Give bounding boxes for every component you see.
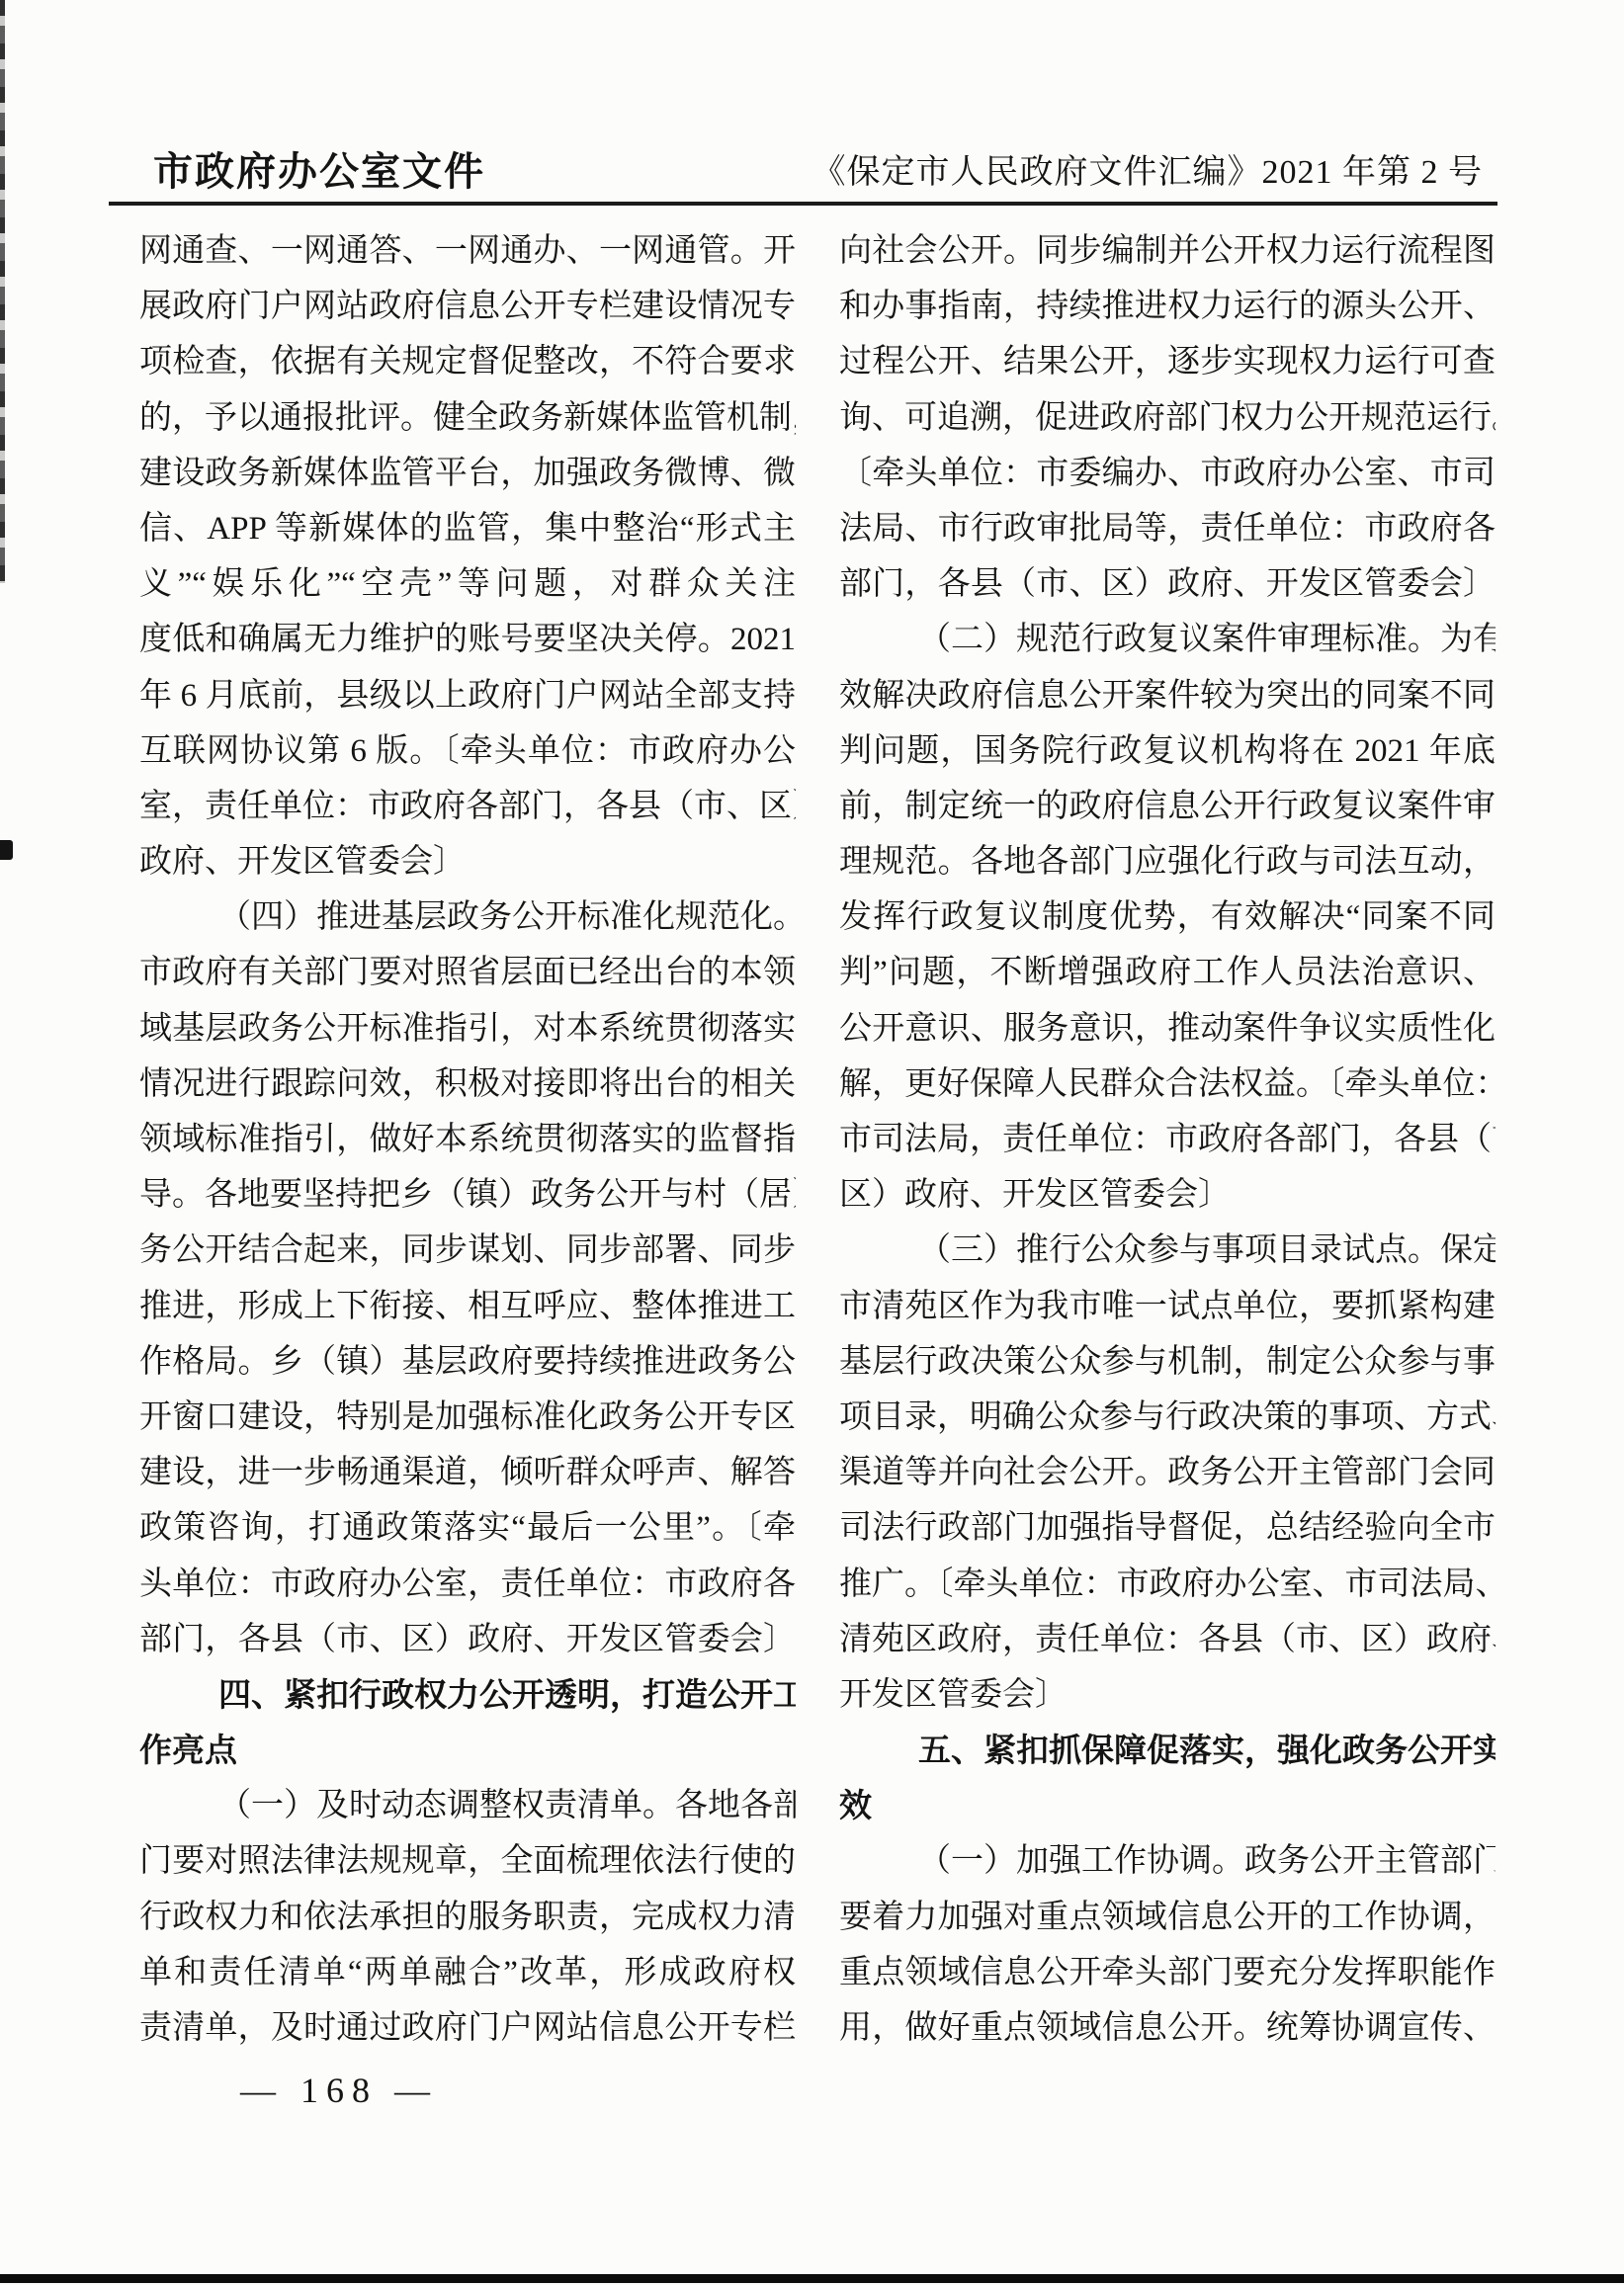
heading-line: 效 [839, 1778, 1496, 1833]
text-line: 市司法局，责任单位：市政府各部门，各县（市、 [839, 1112, 1496, 1167]
text-line: 的，予以通报批评。健全政务新媒体监管机制， [139, 390, 796, 446]
text-line: 市清苑区作为我市唯一试点单位，要抓紧构建 [839, 1279, 1496, 1334]
text-line: 部门，各县（市、区）政府、开发区管委会〕 [839, 556, 1496, 612]
text-line: 和办事指南，持续推进权力运行的源头公开、 [839, 279, 1496, 334]
heading-line: 作亮点 [139, 1723, 796, 1778]
text-line: 〔牵头单位：市委编办、市政府办公室、市司 [839, 446, 1496, 501]
text-line: 头单位：市政府办公室，责任单位：市政府各 [139, 1557, 796, 1612]
text-line: 信、APP 等新媒体的监管，集中整治“形式主 [139, 501, 796, 556]
text-line: 年 6 月底前，县级以上政府门户网站全部支持 [139, 668, 796, 723]
text-line: 互联网协议第 6 版。〔牵头单位：市政府办公 [139, 723, 796, 779]
text-line: （一）加强工作协调。政务公开主管部门 [839, 1833, 1496, 1889]
text-line: 渠道等并向社会公开。政务公开主管部门会同 [839, 1445, 1496, 1500]
text-line: 域基层政务公开标准指引，对本系统贯彻落实 [139, 1001, 796, 1057]
text-line: 向社会公开。同步编制并公开权力运行流程图 [839, 223, 1496, 279]
text-line: 判”问题，不断增强政府工作人员法治意识、 [839, 945, 1496, 1000]
text-line: 政策咨询，打通政策落实“最后一公里”。〔牵 [139, 1500, 796, 1556]
text-line: 要着力加强对重点领域信息公开的工作协调， [839, 1890, 1496, 1945]
text-line: 导。各地要坚持把乡（镇）政务公开与村（居） [139, 1167, 796, 1223]
text-line: 基层行政决策公众参与机制，制定公众参与事 [839, 1334, 1496, 1390]
text-line: （一）及时动态调整权责清单。各地各部 [139, 1778, 796, 1833]
text-line: 建设，进一步畅通渠道，倾听群众呼声、解答 [139, 1445, 796, 1500]
page-number: — 168 — [240, 2070, 438, 2111]
text-line: （三）推行公众参与事项目录试点。保定 [839, 1223, 1496, 1278]
scan-artifact-bottom-edge [0, 2274, 1624, 2283]
text-line: 清苑区政府，责任单位：各县（市、区）政府、 [839, 1612, 1496, 1667]
text-line: 前，制定统一的政府信息公开行政复议案件审 [839, 779, 1496, 834]
text-line: 项检查，依据有关规定督促整改，不符合要求 [139, 334, 796, 389]
text-line: 理规范。各地各部门应强化行政与司法互动， [839, 834, 1496, 889]
text-line: 单和责任清单“两单融合”改革，形成政府权 [139, 1945, 796, 2000]
header-doc-category: 市政府办公室文件 [153, 148, 485, 196]
text-line: 发挥行政复议制度优势，有效解决“同案不同 [839, 889, 1496, 945]
text-line: 开窗口建设，特别是加强标准化政务公开专区 [139, 1390, 796, 1445]
header-rule [109, 202, 1497, 206]
text-line: 情况进行跟踪问效，积极对接即将出台的相关 [139, 1057, 796, 1112]
text-line: 室，责任单位：市政府各部门，各县（市、区） [139, 779, 796, 834]
text-line: 效解决政府信息公开案件较为突出的同案不同 [839, 668, 1496, 723]
document-page: 市政府办公室文件 《保定市人民政府文件汇编》2021 年第 2 号 网通查、一网… [0, 0, 1624, 2285]
text-line: 司法行政部门加强指导督促，总结经验向全市 [839, 1500, 1496, 1556]
page-header: 市政府办公室文件 《保定市人民政府文件汇编》2021 年第 2 号 [153, 148, 1483, 196]
text-line: 解，更好保障人民群众合法权益。〔牵头单位： [839, 1057, 1496, 1112]
text-line: 领域标准指引，做好本系统贯彻落实的监督指 [139, 1112, 796, 1167]
text-line: 展政府门户网站政府信息公开专栏建设情况专 [139, 279, 796, 334]
text-line: 重点领域信息公开牵头部门要充分发挥职能作 [839, 1945, 1496, 2000]
text-line: 责清单，及时通过政府门户网站信息公开专栏 [139, 2000, 796, 2056]
text-line: 判问题，国务院行政复议机构将在 2021 年底 [839, 723, 1496, 779]
text-line: 部门，各县（市、区）政府、开发区管委会〕 [139, 1612, 796, 1667]
scan-artifact-left-edge [0, 0, 5, 583]
text-line: 法局、市行政审批局等，责任单位：市政府各 [839, 501, 1496, 556]
scan-artifact-blob [0, 840, 13, 860]
text-line: （四）推进基层政务公开标准化规范化。 [139, 889, 796, 945]
left-column: 网通查、一网通答、一网通办、一网通管。开展政府门户网站政府信息公开专栏建设情况专… [139, 223, 796, 2056]
text-line: 度低和确属无力维护的账号要坚决关停。2021 [139, 612, 796, 667]
text-line: 询、可追溯，促进政府部门权力公开规范运行。 [839, 390, 1496, 446]
text-line: 作格局。乡（镇）基层政府要持续推进政务公 [139, 1334, 796, 1390]
text-line: 行政权力和依法承担的服务职责，完成权力清 [139, 1890, 796, 1945]
text-line: 政府、开发区管委会〕 [139, 834, 796, 889]
text-line: （二）规范行政复议案件审理标准。为有 [839, 612, 1496, 667]
text-line: 推进，形成上下衔接、相互呼应、整体推进工 [139, 1279, 796, 1334]
heading-line: 四、紧扣行政权力公开透明，打造公开工 [139, 1667, 796, 1723]
text-line: 推广。〔牵头单位：市政府办公室、市司法局、 [839, 1557, 1496, 1612]
text-line: 用，做好重点领域信息公开。统筹协调宣传、 [839, 2000, 1496, 2056]
text-line: 过程公开、结果公开，逐步实现权力运行可查 [839, 334, 1496, 389]
text-line: 务公开结合起来，同步谋划、同步部署、同步 [139, 1223, 796, 1278]
heading-line: 五、紧扣抓保障促落实，强化政务公开实 [839, 1723, 1496, 1778]
text-line: 开发区管委会〕 [839, 1667, 1496, 1723]
right-column: 向社会公开。同步编制并公开权力运行流程图和办事指南，持续推进权力运行的源头公开、… [839, 223, 1496, 2056]
document-body: 网通查、一网通答、一网通办、一网通管。开展政府门户网站政府信息公开专栏建设情况专… [139, 223, 1496, 2056]
header-compilation-title: 《保定市人民政府文件汇编》2021 年第 2 号 [812, 150, 1484, 196]
text-line: 门要对照法律法规规章，全面梳理依法行使的 [139, 1833, 796, 1889]
text-line: 公开意识、服务意识，推动案件争议实质性化 [839, 1001, 1496, 1057]
text-line: 网通查、一网通答、一网通办、一网通管。开 [139, 223, 796, 279]
text-line: 项目录，明确公众参与行政决策的事项、方式、 [839, 1390, 1496, 1445]
text-line: 市政府有关部门要对照省层面已经出台的本领 [139, 945, 796, 1000]
text-line: 义”“娱乐化”“空壳”等问题，对群众关注 [139, 556, 796, 612]
text-line: 建设政务新媒体监管平台，加强政务微博、微 [139, 446, 796, 501]
text-line: 区）政府、开发区管委会〕 [839, 1167, 1496, 1223]
